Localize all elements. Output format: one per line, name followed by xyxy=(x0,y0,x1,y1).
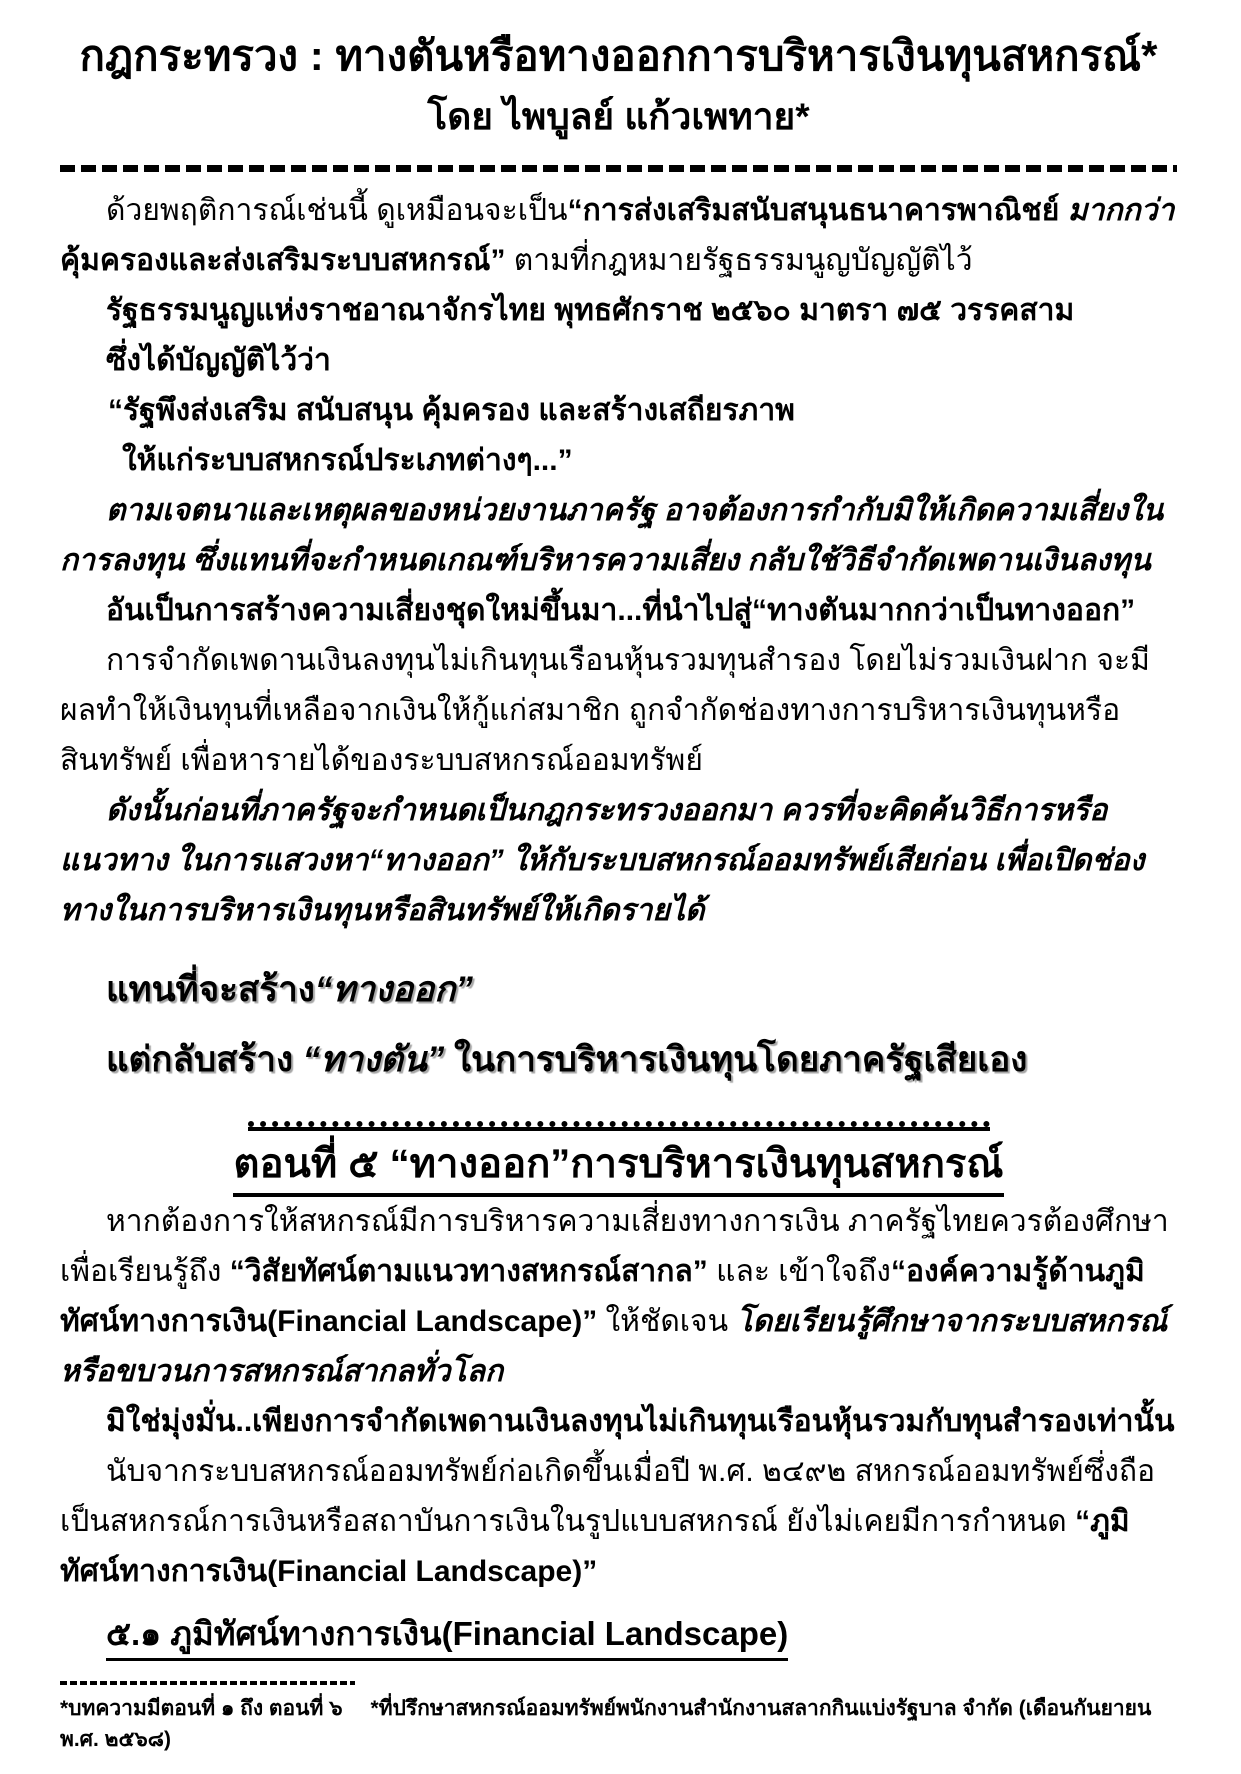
emphasis-line-2: แต่กลับสร้าง “ทางตัน” ในการบริหารเงินทุน… xyxy=(60,1034,1177,1087)
text-run-bold: “วิสัยทัศน์ตามแนวทางสหกรณ์สากล” xyxy=(230,1255,708,1288)
document-page: กฎกระทรวง : ทางตันหรือทางออกการบริหารเงิ… xyxy=(0,0,1241,1774)
footnote-line: *บทความมีตอนที่ ๑ ถึง ตอนที่ ๖*ที่ปรึกษา… xyxy=(60,1693,1177,1756)
section-5-paragraph-2: นับจากระบบสหกรณ์ออมทรัพย์ก่อเกิดขึ้นเมื่… xyxy=(60,1447,1177,1597)
text-run-bold: คุ้มครองและส่งเสริมระบบสหกรณ์” xyxy=(60,244,505,277)
dashed-divider xyxy=(60,165,1177,172)
footnote-part-1: *บทความมีตอนที่ ๑ ถึง ตอนที่ ๖ xyxy=(60,1697,343,1720)
byline: โดย ไพบูลย์ แก้วเพทาย* xyxy=(60,91,1177,143)
constitution-quote-line-1: “รัฐพึงส่งเสริม สนับสนุน คุ้มครอง และสร้… xyxy=(60,386,1177,436)
text-run-bold-italic: “ทางตัน” xyxy=(303,1040,444,1079)
section-5-heading: ตอนที่ ๕ “ทางออก”การบริหารเงินทุนสหกรณ์ xyxy=(233,1137,1003,1197)
section-5-paragraph-1: หากต้องการให้สหกรณ์มีการบริหารความเสี่ยง… xyxy=(60,1197,1177,1397)
text-run: ตามที่กฎหมายรัฐธรรมนูญบัญญัติไว้ xyxy=(505,244,972,277)
text-run-bold: ในการบริหารเงินทุนโดยภาครัฐเสียเอง xyxy=(444,1040,1027,1079)
document-title: กฎกระทรวง : ทางตันหรือทางออกการบริหารเงิ… xyxy=(60,26,1177,87)
text-run: ให้ชัดเจน xyxy=(597,1305,736,1338)
text-run-bold: แทนที่จะสร้าง xyxy=(106,970,315,1009)
intro-paragraph-1: ด้วยพฤติการณ์เช่นนี้ ดูเหมือนจะเป็น“การส… xyxy=(60,186,1177,286)
text-run: นับจากระบบสหกรณ์ออมทรัพย์ก่อเกิดขึ้นเมื่… xyxy=(60,1455,1155,1538)
intro-paragraph-3: การจำกัดเพดานเงินลงทุนไม่เกินทุนเรือนหุ้… xyxy=(60,636,1177,786)
constitution-quote-line-2: ให้แก่ระบบสหกรณ์ประเภทต่างๆ...” xyxy=(60,436,1177,486)
section-5-1-heading: ๕.๑ ภูมิทัศน์ทางการเงิน(Financial Landsc… xyxy=(106,1611,788,1661)
text-run: และ เข้าใจถึง xyxy=(708,1255,891,1288)
page-footer: *บทความมีตอนที่ ๑ ถึง ตอนที่ ๖*ที่ปรึกษา… xyxy=(60,1661,1177,1756)
dotted-divider xyxy=(248,1121,990,1131)
intro-paragraph-2-tail: อันเป็นการสร้างความเสี่ยงชุดใหม่ขึ้นมา..… xyxy=(60,586,1177,636)
law-reference-line-1: รัฐธรรมนูญแห่งราชอาณาจักรไทย พุทธศักราช … xyxy=(60,286,1177,336)
footnote-divider xyxy=(60,1681,355,1685)
text-run: ด้วยพฤติการณ์เช่นนี้ ดูเหมือนจะเป็น xyxy=(106,194,568,227)
text-run-bold: “การส่งเสริมสนับสนุนธนาคารพาณิชย์ xyxy=(568,194,1068,227)
intro-paragraph-2: ตามเจตนาและเหตุผลของหน่วยงานภาครัฐ อาจต้… xyxy=(60,486,1177,586)
section-5-header: ตอนที่ ๕ “ทางออก”การบริหารเงินทุนสหกรณ์ xyxy=(60,1121,1177,1197)
law-reference-line-2: ซึ่งได้บัญญัติไว้ว่า xyxy=(60,336,1177,386)
text-run-bold-italic: “ทางออก” xyxy=(315,970,473,1009)
intro-paragraph-4: ดังนั้นก่อนที่ภาครัฐจะกำหนดเป็นกฎกระทรวง… xyxy=(60,786,1177,936)
text-run-bold: แต่กลับสร้าง xyxy=(106,1040,303,1079)
section-5-emphasis-line: มิใช่มุ่งมั่น..เพียงการจำกัดเพดานเงินลงท… xyxy=(60,1397,1177,1447)
text-run-bold-italic: มากกว่า xyxy=(1068,194,1175,227)
emphasis-line-1: แทนที่จะสร้าง“ทางออก” xyxy=(60,964,1177,1017)
